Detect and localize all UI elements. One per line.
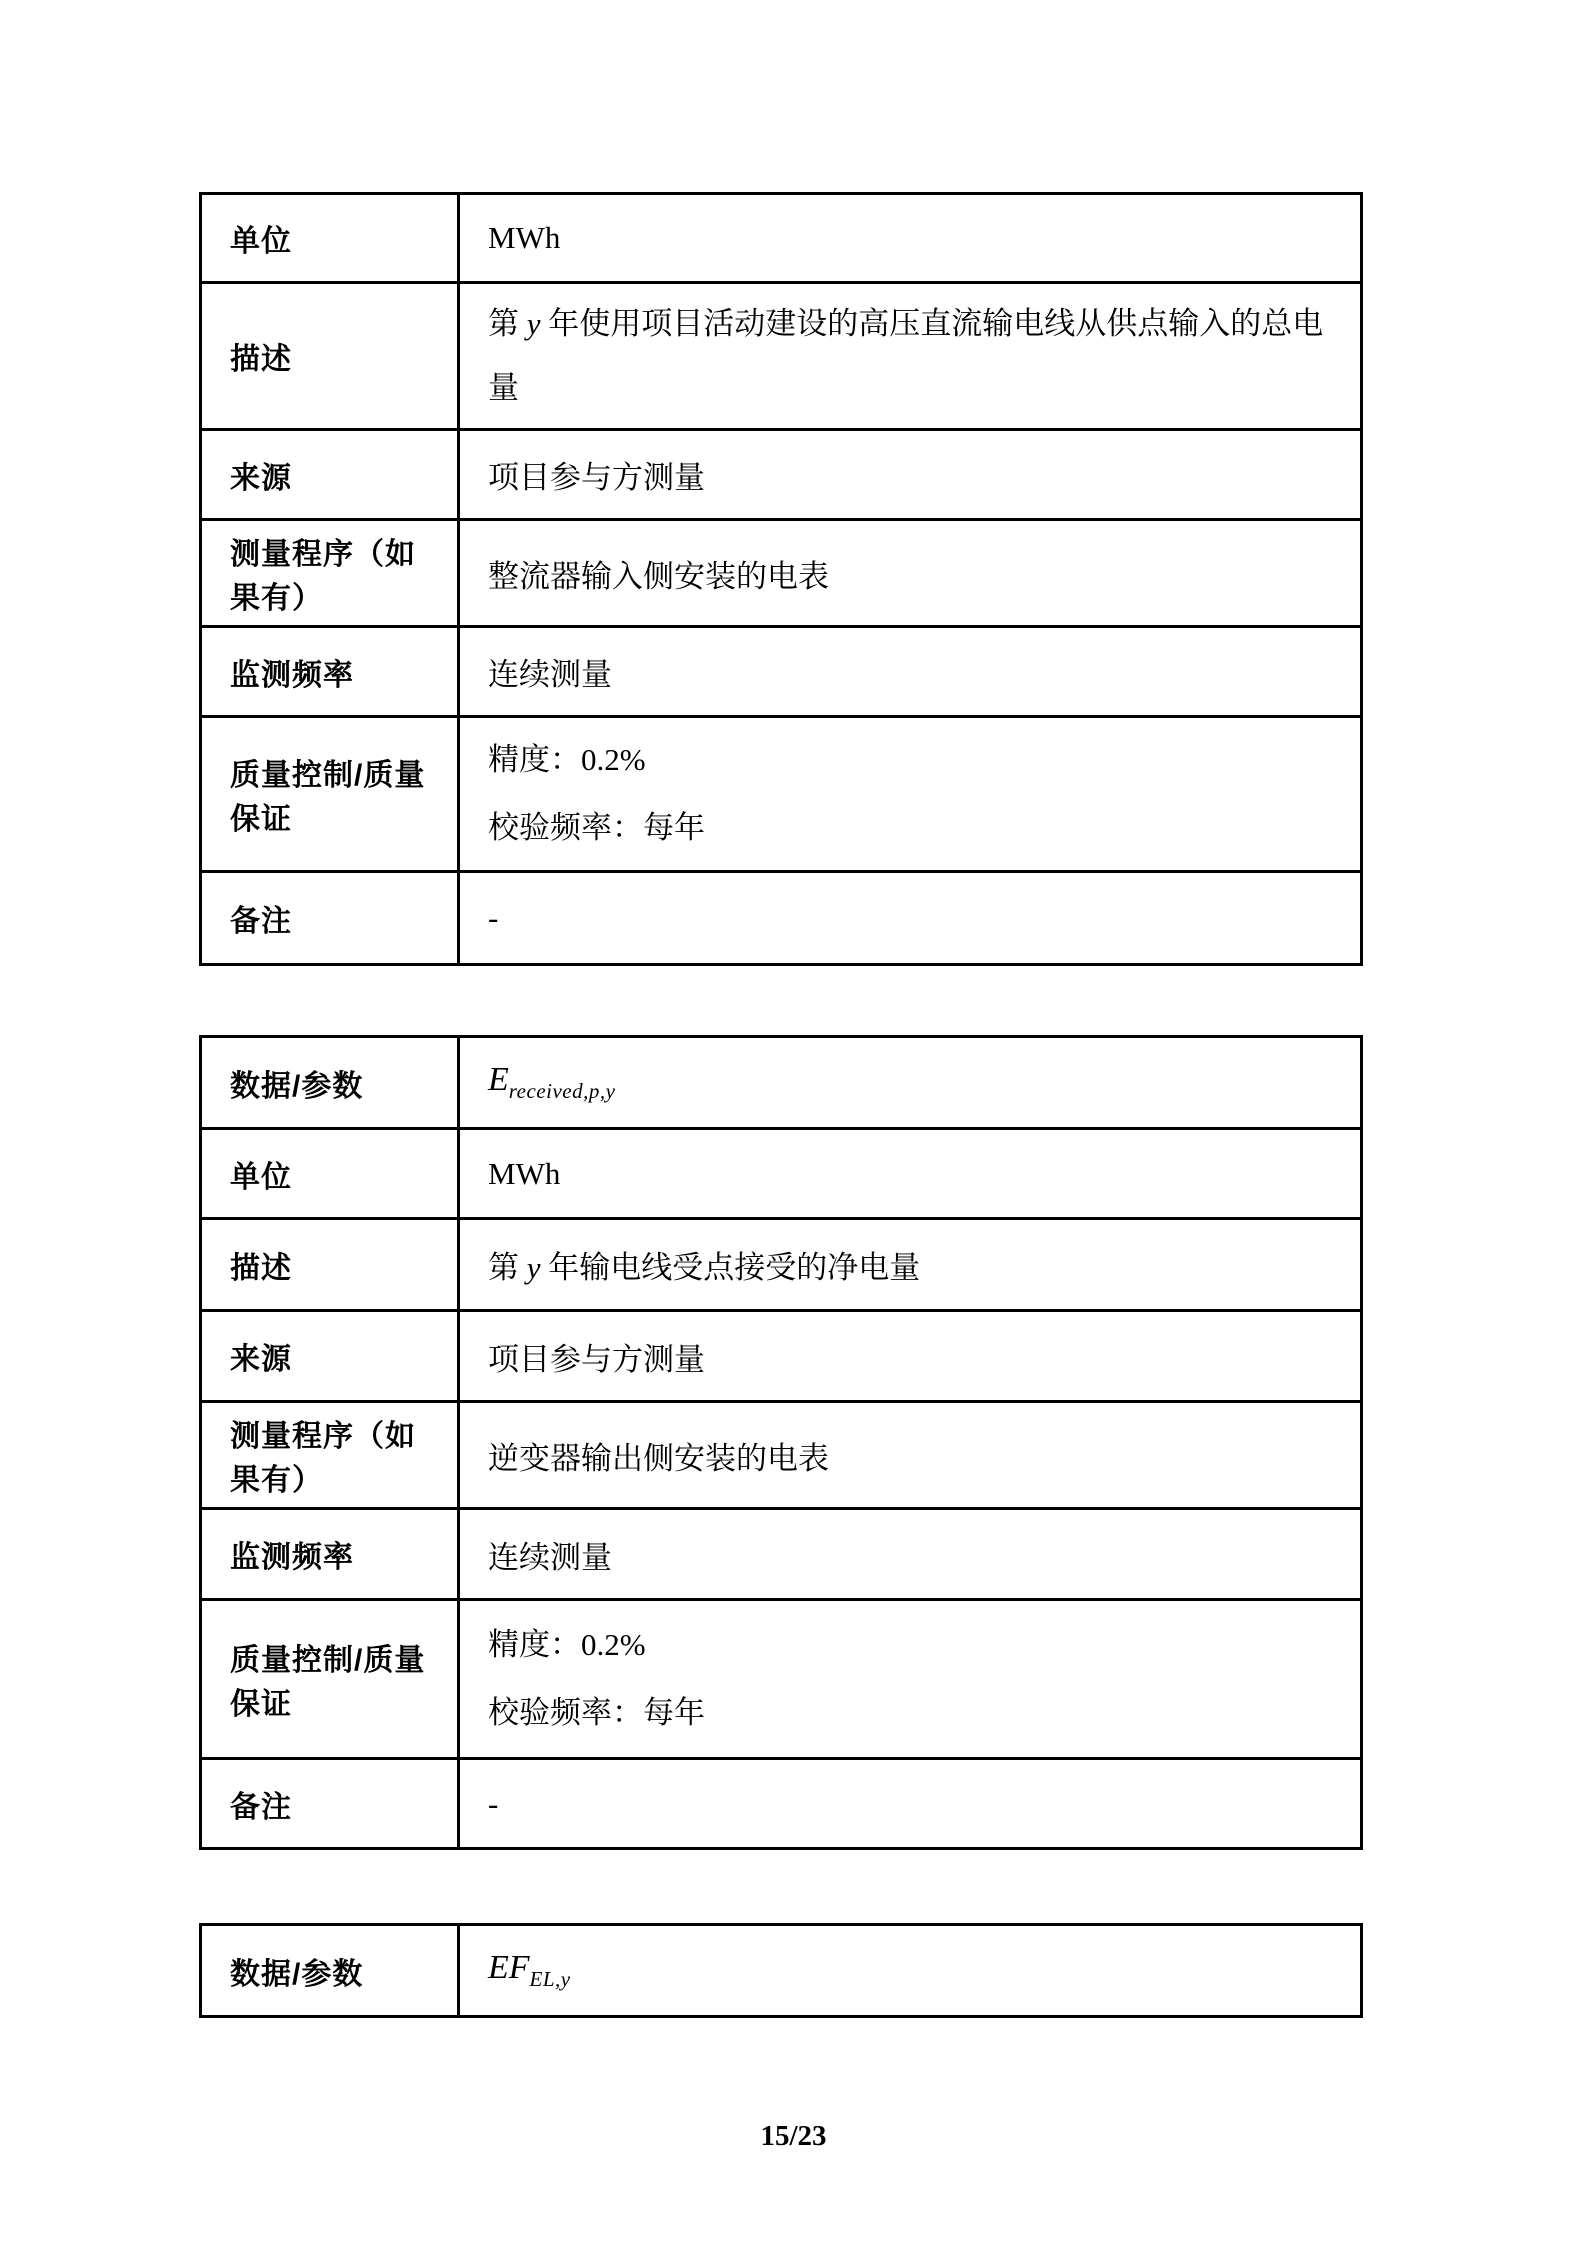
row-value-cell: 连续测量 xyxy=(459,1509,1362,1600)
row-value-cell: MWh xyxy=(459,1129,1362,1219)
row-label: 来源 xyxy=(230,1343,292,1376)
row-value: MWh xyxy=(488,1156,560,1191)
qa-calibration: 校验频率：每年 xyxy=(488,1695,1334,1731)
row-label-cell: 描述 xyxy=(201,1219,459,1311)
table-row: 单位 MWh xyxy=(201,194,1362,283)
row-value-cell: Ereceived,p,y xyxy=(459,1037,1362,1129)
table-row: 单位 MWh xyxy=(201,1129,1362,1219)
row-value-cell: 第 y 年输电线受点接受的净电量 xyxy=(459,1219,1362,1311)
row-label: 单位 xyxy=(230,225,292,258)
variable-y: y xyxy=(527,306,541,341)
row-label-cell: 数据/参数 xyxy=(201,1037,459,1129)
table-row: 备注 - xyxy=(201,1759,1362,1849)
table-row: 来源 项目参与方测量 xyxy=(201,1311,1362,1402)
row-label-cell: 数据/参数 xyxy=(201,1925,459,2017)
row-value-cell: 项目参与方测量 xyxy=(459,1311,1362,1402)
row-label-cell: 测量程序（如果有） xyxy=(201,520,459,627)
row-value: 整流器输入侧安装的电表 xyxy=(488,559,829,594)
description-text: 第 xyxy=(488,1250,527,1285)
row-label-cell: 来源 xyxy=(201,430,459,520)
table-row: 质量控制/质量保证 精度：0.2% 校验频率：每年 xyxy=(201,1600,1362,1759)
row-label: 描述 xyxy=(230,1252,292,1285)
row-label-cell: 备注 xyxy=(201,872,459,965)
table-row: 监测频率 连续测量 xyxy=(201,1509,1362,1600)
row-label: 质量控制/质量保证 xyxy=(230,1644,425,1721)
row-value-cell: - xyxy=(459,1759,1362,1849)
row-label: 监测频率 xyxy=(230,1541,354,1574)
description-text: 第 xyxy=(488,306,527,341)
table-row: 数据/参数 Ereceived,p,y xyxy=(201,1037,1362,1129)
row-value-cell: 项目参与方测量 xyxy=(459,430,1362,520)
parameter-symbol-main: EF xyxy=(488,1949,530,1986)
row-value-cell: - xyxy=(459,872,1362,965)
parameter-symbol: Ereceived,p,y xyxy=(488,1062,615,1097)
row-value: 连续测量 xyxy=(488,657,612,692)
row-label: 描述 xyxy=(230,343,292,376)
table-row: 数据/参数 EFEL,y xyxy=(201,1925,1362,2017)
row-label-cell: 监测频率 xyxy=(201,627,459,717)
row-value-cell: 逆变器输出侧安装的电表 xyxy=(459,1402,1362,1509)
parameter-symbol-main: E xyxy=(488,1061,509,1098)
row-label-cell: 监测频率 xyxy=(201,1509,459,1600)
row-label-cell: 质量控制/质量保证 xyxy=(201,717,459,872)
row-value: 项目参与方测量 xyxy=(488,1342,705,1377)
row-label: 测量程序（如果有） xyxy=(230,1420,416,1497)
row-label: 测量程序（如果有） xyxy=(230,538,416,615)
parameter-symbol-subscript: received,p,y xyxy=(509,1079,616,1103)
parameter-table-2: 数据/参数 Ereceived,p,y 单位 MWh 描述 第 y 年输电线受点… xyxy=(199,1035,1363,1850)
qa-calibration: 校验频率：每年 xyxy=(488,810,1334,846)
row-label-cell: 来源 xyxy=(201,1311,459,1402)
row-label-cell: 备注 xyxy=(201,1759,459,1849)
row-value-cell: 连续测量 xyxy=(459,627,1362,717)
qa-accuracy: 精度：0.2% xyxy=(488,742,1334,778)
table-row: 质量控制/质量保证 精度：0.2% 校验频率：每年 xyxy=(201,717,1362,872)
qa-accuracy: 精度：0.2% xyxy=(488,1627,1334,1663)
row-label-cell: 测量程序（如果有） xyxy=(201,1402,459,1509)
row-value-cell: MWh xyxy=(459,194,1362,283)
document-page: 单位 MWh 描述 第 y 年使用项目活动建设的高压直流输电线从供点输入的总电量… xyxy=(0,0,1587,2245)
parameter-table-3: 数据/参数 EFEL,y xyxy=(199,1923,1363,2018)
parameter-symbol-subscript: EL,y xyxy=(530,1967,571,1991)
row-label: 来源 xyxy=(230,462,292,495)
row-label: 备注 xyxy=(230,1791,292,1824)
row-value-cell: 第 y 年使用项目活动建设的高压直流输电线从供点输入的总电量 xyxy=(459,283,1362,430)
row-label-cell: 质量控制/质量保证 xyxy=(201,1600,459,1759)
row-value-cell: EFEL,y xyxy=(459,1925,1362,2017)
parameter-table-1: 单位 MWh 描述 第 y 年使用项目活动建设的高压直流输电线从供点输入的总电量… xyxy=(199,192,1363,966)
row-label-cell: 单位 xyxy=(201,1129,459,1219)
table-row: 来源 项目参与方测量 xyxy=(201,430,1362,520)
table-row: 备注 - xyxy=(201,872,1362,965)
parameter-symbol: EFEL,y xyxy=(488,1950,571,1985)
row-label: 数据/参数 xyxy=(230,1958,363,1991)
row-label: 数据/参数 xyxy=(230,1070,363,1103)
row-value: 第 y 年输电线受点接受的净电量 xyxy=(488,1250,920,1285)
row-value: 逆变器输出侧安装的电表 xyxy=(488,1441,829,1476)
row-value-cell: 精度：0.2% 校验频率：每年 xyxy=(459,1600,1362,1759)
description-text: 年输电线受点接受的净电量 xyxy=(541,1250,921,1285)
row-label-cell: 单位 xyxy=(201,194,459,283)
row-label: 质量控制/质量保证 xyxy=(230,759,425,836)
description-text: 年使用项目活动建设的高压直流输电线从供点输入的总电量 xyxy=(488,306,1323,405)
table-row: 描述 第 y 年使用项目活动建设的高压直流输电线从供点输入的总电量 xyxy=(201,283,1362,430)
row-value: MWh xyxy=(488,220,560,255)
table-row: 监测频率 连续测量 xyxy=(201,627,1362,717)
row-label: 监测频率 xyxy=(230,659,354,692)
variable-y: y xyxy=(527,1250,541,1285)
row-value: - xyxy=(488,1786,498,1821)
row-value: 项目参与方测量 xyxy=(488,460,705,495)
row-value-cell: 整流器输入侧安装的电表 xyxy=(459,520,1362,627)
table-row: 测量程序（如果有） 整流器输入侧安装的电表 xyxy=(201,520,1362,627)
row-value: 连续测量 xyxy=(488,1540,612,1575)
page-number: 15/23 xyxy=(0,2120,1587,2153)
table-row: 测量程序（如果有） 逆变器输出侧安装的电表 xyxy=(201,1402,1362,1509)
row-label: 单位 xyxy=(230,1161,292,1194)
row-label-cell: 描述 xyxy=(201,283,459,430)
table-row: 描述 第 y 年输电线受点接受的净电量 xyxy=(201,1219,1362,1311)
row-value: 第 y 年使用项目活动建设的高压直流输电线从供点输入的总电量 xyxy=(488,306,1323,405)
row-value-cell: 精度：0.2% 校验频率：每年 xyxy=(459,717,1362,872)
row-label: 备注 xyxy=(230,905,292,938)
row-value: - xyxy=(488,900,498,935)
